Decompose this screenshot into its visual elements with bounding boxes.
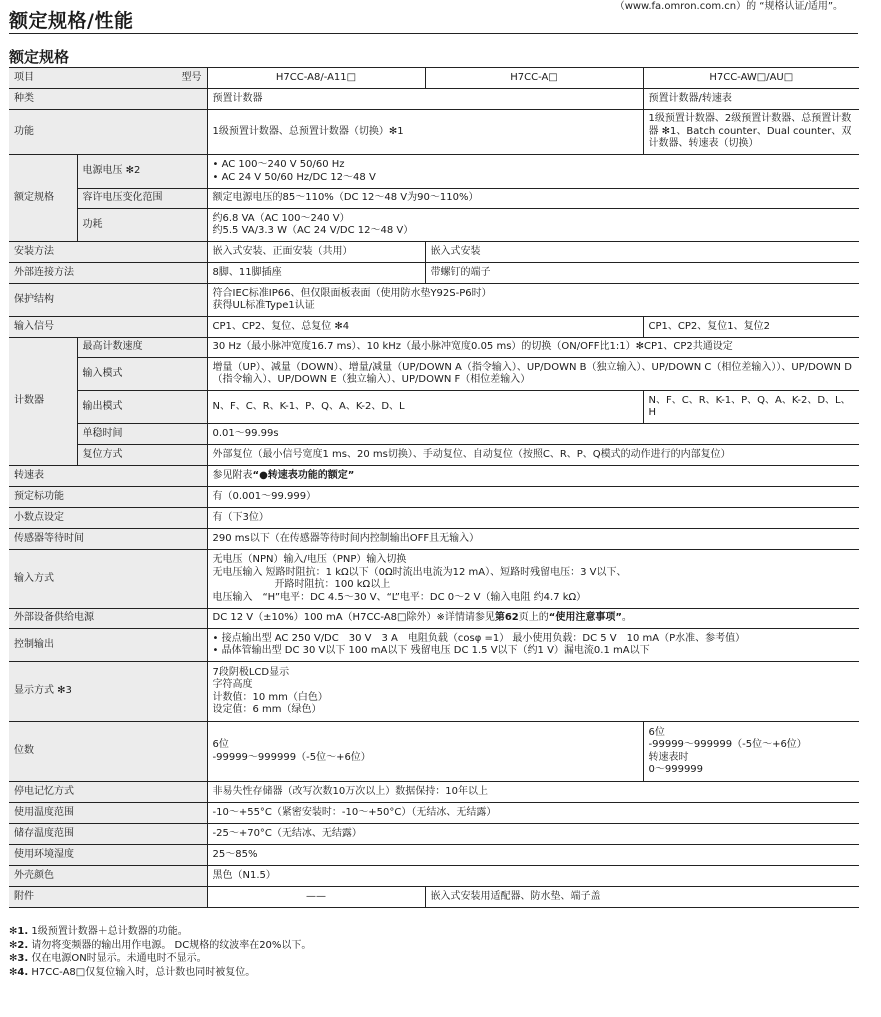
footnote-text: 请勿将变频器的输出用作电源。 DC规格的纹波率在20%以下。 <box>31 940 311 951</box>
footnote: ✻2. 请勿将变频器的输出用作电源。 DC规格的纹波率在20%以下。 <box>9 939 311 953</box>
row-value: -25～+70°C（无结冰、无结露） <box>207 824 859 845</box>
table-row-storage-temp: 储存温度范围 -25～+70°C（无结冰、无结露） <box>9 824 859 845</box>
row-label: 使用环境湿度 <box>9 845 207 866</box>
value-line: -99999～999999（-5位～+6位） <box>649 739 855 752</box>
row-label: 功能 <box>9 110 207 155</box>
page-title: 额定规格/性能 <box>9 6 133 33</box>
row-label: 位数 <box>9 722 207 782</box>
footnote: ✻4. H7CC-A8□仅复位输入时，总计数也同时被复位。 <box>9 966 311 980</box>
row-value: 0.01～99.99s <box>207 424 859 445</box>
value-line: 转速表时 <box>649 752 855 765</box>
row-sublabel: 复位方式 <box>77 445 207 466</box>
value-line: • 晶体管输出型 DC 30 V以下 100 mA以下 残留电压 DC 1.5 … <box>213 645 855 658</box>
row-value: 8脚、11脚插座 <box>207 263 425 284</box>
row-label: 储存温度范围 <box>9 824 207 845</box>
table-row-humidity: 使用环境湿度 25～85% <box>9 845 859 866</box>
value-text: 参见附表 <box>213 470 253 481</box>
value-line: 6位 <box>213 739 638 752</box>
table-row-output-mode: 输出模式 N、F、C、R、K-1、P、Q、A、K-2、D、L N、F、C、R、K… <box>9 391 859 424</box>
table-row-sensor-wait: 传感器等待时间 290 ms以下（在传感器等待时间内控制输出OFF且无输入） <box>9 529 859 550</box>
reference-link-text: “使用注意事项” <box>549 612 622 623</box>
row-value: 嵌入式安装 <box>425 242 859 263</box>
row-label: 显示方式 ✻3 <box>9 662 207 722</box>
value-line: 无电压（NPN）输入/电压（PNP）输入切换 <box>213 554 855 567</box>
footnote: ✻3. 仅在电源ON时显示。未通电时不显示。 <box>9 952 311 966</box>
table-row-decimal: 小数点设定 有（下3位） <box>9 508 859 529</box>
value-line: 计数值：10 mm（白色） <box>213 692 855 705</box>
value-line: 开路时阻抗：100 kΩ以上 <box>213 579 855 592</box>
value-line: • AC 100～240 V 50/60 Hz <box>213 159 855 172</box>
value-line: 约6.8 VA（AC 100～240 V） <box>213 213 855 226</box>
row-value: 290 ms以下（在传感器等待时间内控制输出OFF且无输入） <box>207 529 859 550</box>
row-value: DC 12 V（±10%）100 mA（H7CC-A8□除外）※详情请参见第62… <box>207 609 859 629</box>
table-row-accessories: 附件 —— 嵌入式安装用适配器、防水垫、端子盖 <box>9 887 859 908</box>
table-row-input-mode: 输入模式 增量（UP）、减量（DOWN）、增量/减量（UP/DOWN A（指令输… <box>9 358 859 391</box>
row-value: 30 Hz（最小脉冲宽度16.7 ms）、10 kHz（最小脉冲宽度0.05 m… <box>207 338 859 358</box>
value-text: 。 <box>622 612 632 623</box>
table-row-protection: 保护结构 符合IEC标准IP66、但仅限面板表面（使用防水垫Y92S-P6时） … <box>9 284 859 317</box>
footnotes: ✻1. 1级预置计数器＋总计数器的功能。 ✻2. 请勿将变频器的输出用作电源。 … <box>9 925 311 979</box>
footnote-text: 仅在电源ON时显示。未通电时不显示。 <box>31 953 206 964</box>
row-label: 保护结构 <box>9 284 207 317</box>
row-sublabel: 容许电压变化范围 <box>77 189 207 209</box>
value-line: • AC 24 V 50/60 Hz/DC 12～48 V <box>213 172 855 185</box>
row-label: 传感器等待时间 <box>9 529 207 550</box>
value-line: 无电压输入 短路时阻抗：1 kΩ以下（0Ω时流出电流为12 mA）、短路时残留电… <box>213 567 855 580</box>
page-ref: 第62 <box>495 612 519 623</box>
row-value: • AC 100～240 V 50/60 Hz • AC 24 V 50/60 … <box>207 155 859 189</box>
row-value: 约6.8 VA（AC 100～240 V） 约5.5 VA/3.3 W（AC 2… <box>207 209 859 242</box>
table-row-connection: 外部连接方法 8脚、11脚插座 带螺钉的端子 <box>9 263 859 284</box>
row-value: 6位 -99999～999999（-5位～+6位） <box>207 722 643 782</box>
value-line: • 接点输出型 AC 250 V/DC 30 V 3 A 电阻负载（cosφ =… <box>213 633 855 646</box>
row-sublabel: 功耗 <box>77 209 207 242</box>
row-label: 停电记忆方式 <box>9 782 207 803</box>
table-row-prescale: 预定标功能 有（0.001～99.999） <box>9 487 859 508</box>
value-line: 获得UL标准Type1认证 <box>213 300 855 313</box>
row-value: 外部复位（最小信号宽度1 ms、20 ms切换）、手动复位、自动复位（按照C、R… <box>207 445 859 466</box>
value-line: 0～999999 <box>649 764 855 777</box>
title-divider <box>9 33 858 34</box>
row-label: 附件 <box>9 887 207 908</box>
top-note: （www.fa.omron.com.cn）的 “规格认证/适用”。 <box>615 0 843 12</box>
row-sublabel: 电源电压 ✻2 <box>77 155 207 189</box>
value-line: -99999～999999（-5位～+6位） <box>213 752 638 765</box>
row-label: 安装方法 <box>9 242 207 263</box>
row-sublabel: 单稳时间 <box>77 424 207 445</box>
row-value: 25～85% <box>207 845 859 866</box>
row-sublabel: 输入模式 <box>77 358 207 391</box>
table-row-ext-power: 外部设备供给电源 DC 12 V（±10%）100 mA（H7CC-A8□除外）… <box>9 609 859 629</box>
row-value: 1级预置计数器、总预置计数器（切换）✻1 <box>207 110 643 155</box>
row-value: 7段阴极LCD显示 字符高度 计数值：10 mm（白色） 设定值：6 mm（绿色… <box>207 662 859 722</box>
row-value: 参见附表“●转速表功能的额定” <box>207 466 859 487</box>
row-value: 1级预置计数器、2级预置计数器、总预置计数器 ✻1、Batch counter、… <box>643 110 859 155</box>
row-value: 增量（UP）、减量（DOWN）、增量/减量（UP/DOWN A（指令输入）、UP… <box>207 358 859 391</box>
footnote-text: H7CC-A8□仅复位输入时，总计数也同时被复位。 <box>31 967 255 978</box>
row-label: 使用温度范围 <box>9 803 207 824</box>
row-value: 额定电源电压的85～110%（DC 12～48 V为90～110%） <box>207 189 859 209</box>
row-value: • 接点输出型 AC 250 V/DC 30 V 3 A 电阻负载（cosφ =… <box>207 629 859 662</box>
table-row-mounting: 安装方法 嵌入式安装、正面安装（共用） 嵌入式安装 <box>9 242 859 263</box>
row-label: 输入方式 <box>9 550 207 609</box>
group-label-counter: 计数器 <box>9 338 77 466</box>
row-label: 转速表 <box>9 466 207 487</box>
table-row-reset: 复位方式 外部复位（最小信号宽度1 ms、20 ms切换）、手动复位、自动复位（… <box>9 445 859 466</box>
row-value: N、F、C、R、K-1、P、Q、A、K-2、D、L、H <box>643 391 859 424</box>
table-row-one-shot: 单稳时间 0.01～99.99s <box>9 424 859 445</box>
footnote-mark: ✻2. <box>9 940 28 951</box>
table-row-max-speed: 计数器 最高计数速度 30 Hz（最小脉冲宽度16.7 ms）、10 kHz（最… <box>9 338 859 358</box>
row-value: 符合IEC标准IP66、但仅限面板表面（使用防水垫Y92S-P6时） 获得UL标… <box>207 284 859 317</box>
value-line: 6位 <box>649 727 855 740</box>
table-row-control-output: 控制输出 • 接点输出型 AC 250 V/DC 30 V 3 A 电阻负载（c… <box>9 629 859 662</box>
table-row-input-signal: 输入信号 CP1、CP2、复位、总复位 ✻4 CP1、CP2、复位1、复位2 <box>9 317 859 338</box>
value-line: 7段阴极LCD显示 <box>213 667 855 680</box>
row-sublabel: 输出模式 <box>77 391 207 424</box>
row-value: 预置计数器/转速表 <box>643 89 859 110</box>
row-value: 有（0.001～99.999） <box>207 487 859 508</box>
row-sublabel: 最高计数速度 <box>77 338 207 358</box>
row-label: 小数点设定 <box>9 508 207 529</box>
value-line: 符合IEC标准IP66、但仅限面板表面（使用防水垫Y92S-P6时） <box>213 288 855 301</box>
table-row-case-color: 外壳颜色 黑色（N1.5） <box>9 866 859 887</box>
table-row-function: 功能 1级预置计数器、总预置计数器（切换）✻1 1级预置计数器、2级预置计数器、… <box>9 110 859 155</box>
table-row-display: 显示方式 ✻3 7段阴极LCD显示 字符高度 计数值：10 mm（白色） 设定值… <box>9 662 859 722</box>
header-item: 项目 <box>14 72 34 85</box>
row-value: 黑色（N1.5） <box>207 866 859 887</box>
table-row-supply-voltage: 额定规格 电源电压 ✻2 • AC 100～240 V 50/60 Hz • A… <box>9 155 859 189</box>
footnote: ✻1. 1级预置计数器＋总计数器的功能。 <box>9 925 311 939</box>
rated-spec-table: 项目型号 H7CC-A8/-A11□ H7CC-A□ H7CC-AW□/AU□ … <box>9 67 859 908</box>
row-value: CP1、CP2、复位、总复位 ✻4 <box>207 317 643 338</box>
row-value: -10～+55°C（紧密安装时：-10～+50°C）（无结冰、无结露） <box>207 803 859 824</box>
value-line: 字符高度 <box>213 679 855 692</box>
value-line: 设定值：6 mm（绿色） <box>213 704 855 717</box>
section-title: 额定规格 <box>9 46 69 67</box>
row-value: —— <box>207 887 425 908</box>
row-value: 预置计数器 <box>207 89 643 110</box>
header-model-3: H7CC-AW□/AU□ <box>643 68 859 89</box>
value-text: DC 12 V（±10%）100 mA（H7CC-A8□除外）※详情请参见 <box>213 612 495 623</box>
row-label: 预定标功能 <box>9 487 207 508</box>
table-row-power: 功耗 约6.8 VA（AC 100～240 V） 约5.5 VA/3.3 W（A… <box>9 209 859 242</box>
header-item-model-cell: 项目型号 <box>9 68 207 89</box>
row-value: 非易失性存储器（改写次数10万次以上）数据保持：10年以上 <box>207 782 859 803</box>
row-value: CP1、CP2、复位1、复位2 <box>643 317 859 338</box>
value-line: 约5.5 VA/3.3 W（AC 24 V/DC 12～48 V） <box>213 225 855 238</box>
table-row-op-temp: 使用温度范围 -10～+55°C（紧密安装时：-10～+50°C）（无结冰、无结… <box>9 803 859 824</box>
footnote-text: 1级预置计数器＋总计数器的功能。 <box>31 926 187 937</box>
header-model-2: H7CC-A□ <box>425 68 643 89</box>
table-row-type: 种类 预置计数器 预置计数器/转速表 <box>9 89 859 110</box>
value-line: 电压输入 “H”电平：DC 4.5～30 V、“L”电平：DC 0～2 V（输入… <box>213 592 855 605</box>
row-label: 控制输出 <box>9 629 207 662</box>
row-value: 带螺钉的端子 <box>425 263 859 284</box>
table-row-memory: 停电记忆方式 非易失性存储器（改写次数10万次以上）数据保持：10年以上 <box>9 782 859 803</box>
footnote-mark: ✻4. <box>9 967 28 978</box>
row-value: 有（下3位） <box>207 508 859 529</box>
footnote-mark: ✻3. <box>9 953 28 964</box>
header-model: 型号 <box>182 72 202 85</box>
table-header-row: 项目型号 H7CC-A8/-A11□ H7CC-A□ H7CC-AW□/AU□ <box>9 68 859 89</box>
row-value: 无电压（NPN）输入/电压（PNP）输入切换 无电压输入 短路时阻抗：1 kΩ以… <box>207 550 859 609</box>
table-row-tachometer: 转速表 参见附表“●转速表功能的额定” <box>9 466 859 487</box>
table-row-input-method: 输入方式 无电压（NPN）输入/电压（PNP）输入切换 无电压输入 短路时阻抗：… <box>9 550 859 609</box>
row-label: 外部设备供给电源 <box>9 609 207 629</box>
group-label-rated: 额定规格 <box>9 155 77 242</box>
row-value: 嵌入式安装用适配器、防水垫、端子盖 <box>425 887 859 908</box>
table-row-digits: 位数 6位 -99999～999999（-5位～+6位） 6位 -99999～9… <box>9 722 859 782</box>
table-row-voltage-range: 容许电压变化范围 额定电源电压的85～110%（DC 12～48 V为90～11… <box>9 189 859 209</box>
row-label: 外壳颜色 <box>9 866 207 887</box>
row-value: 嵌入式安装、正面安装（共用） <box>207 242 425 263</box>
footnote-mark: ✻1. <box>9 926 28 937</box>
row-label: 输入信号 <box>9 317 207 338</box>
value-text: 页上的 <box>519 612 549 623</box>
row-value: N、F、C、R、K-1、P、Q、A、K-2、D、L <box>207 391 643 424</box>
header-model-1: H7CC-A8/-A11□ <box>207 68 425 89</box>
row-value: 6位 -99999～999999（-5位～+6位） 转速表时 0～999999 <box>643 722 859 782</box>
row-label: 外部连接方法 <box>9 263 207 284</box>
reference-link-text: “●转速表功能的额定” <box>253 470 355 481</box>
row-label: 种类 <box>9 89 207 110</box>
